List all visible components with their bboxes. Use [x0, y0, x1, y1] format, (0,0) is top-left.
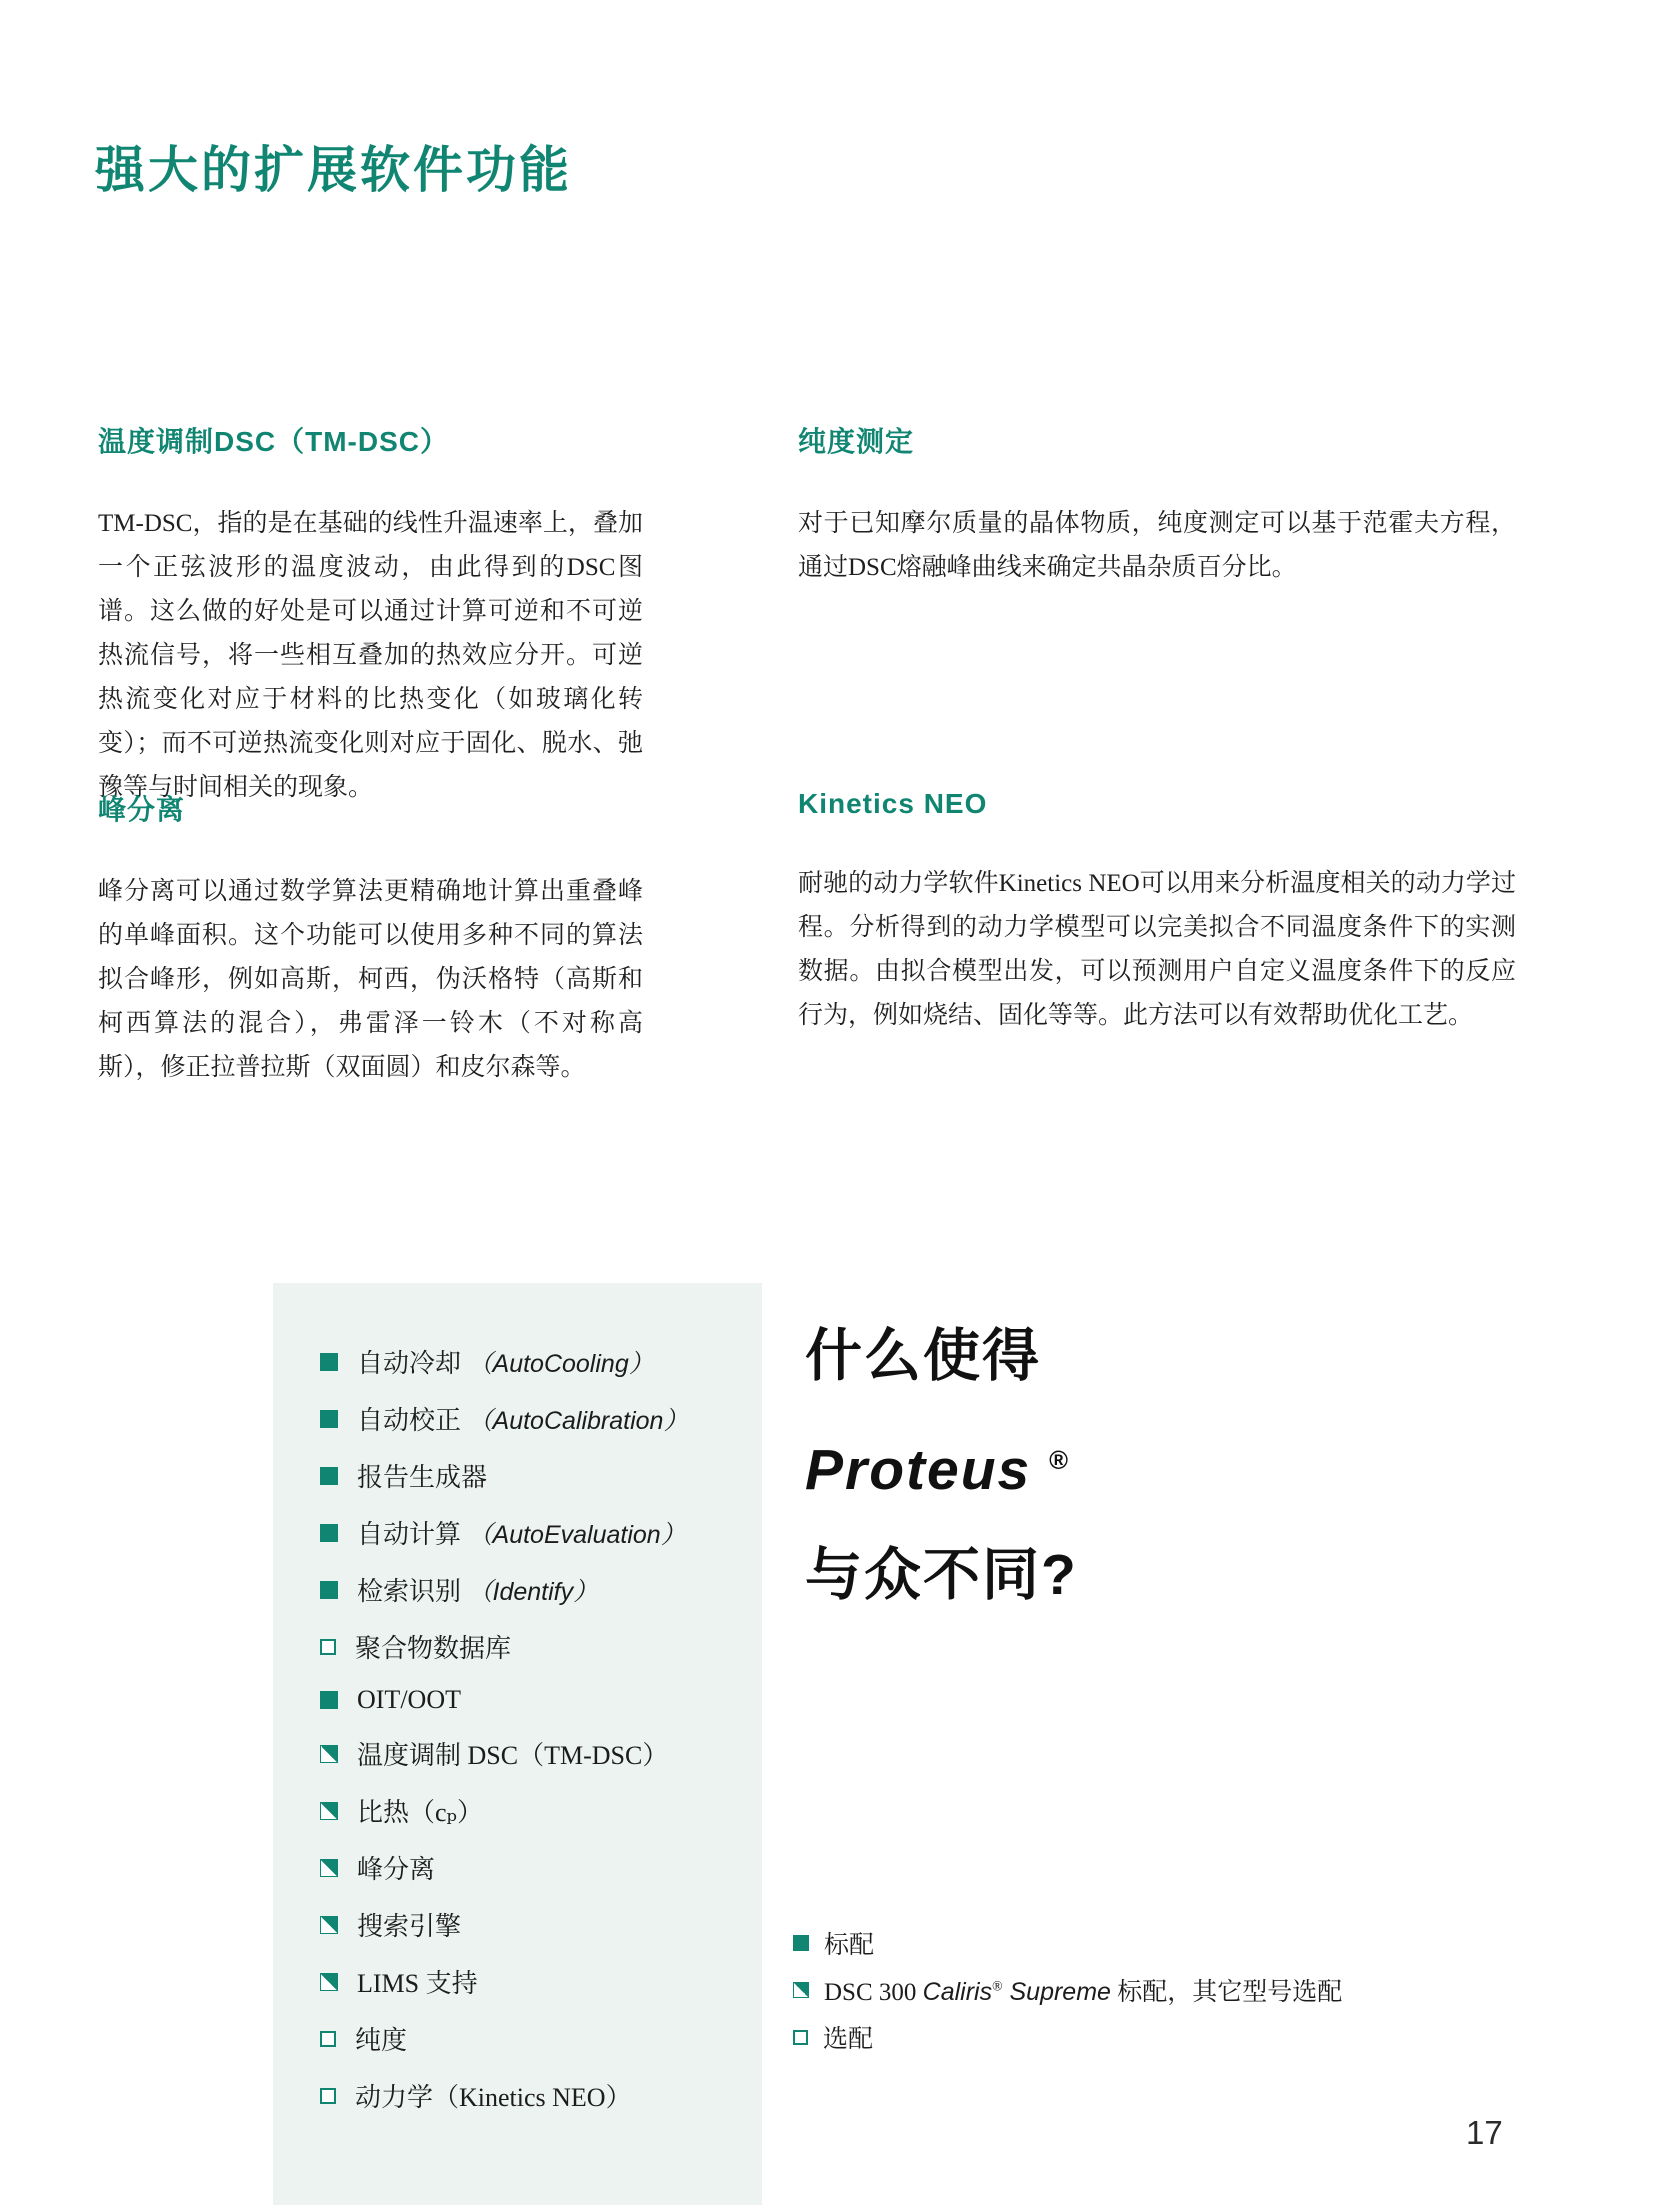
- section-heading-purity: 纯度测定: [798, 420, 1516, 460]
- feature-label: 比热（cₚ）: [357, 1792, 483, 1829]
- text-segment: DSC 300: [824, 1979, 923, 2006]
- feature-item: 报告生成器: [320, 1457, 762, 1494]
- empty-square-icon: [320, 1639, 336, 1655]
- feature-label: 温度调制 DSC（TM-DSC）: [357, 1735, 668, 1772]
- filled-square-icon: [320, 1691, 338, 1709]
- half-filled-square-icon: [320, 1973, 338, 1991]
- feature-item: 比热（cₚ）: [320, 1792, 762, 1829]
- feature-item: 自动校正 （AutoCalibration）: [320, 1400, 762, 1437]
- section-body-peak-separation: 峰分离可以通过数学算法更精确地计算出重叠峰的单峰面积。这个功能可以使用多种不同的…: [98, 870, 643, 1090]
- half-filled-square-icon: [320, 1859, 338, 1877]
- section-heading-kinetics-neo: Kinetics NEO: [798, 788, 1516, 820]
- feature-label: 自动校正 （AutoCalibration）: [357, 1400, 688, 1437]
- filled-square-icon: [320, 1410, 338, 1428]
- legend-item: DSC 300 Caliris® Supreme 标配，其它型号选配: [793, 1972, 1342, 2008]
- text-segment: 标配，其它型号选配: [1111, 1979, 1342, 2006]
- filled-square-icon: [320, 1581, 338, 1599]
- feature-list: 自动冷却 （AutoCooling）自动校正 （AutoCalibration）…: [273, 1283, 762, 2114]
- hero-line: 什么使得: [805, 1325, 1078, 1387]
- empty-square-icon: [320, 2031, 336, 2047]
- feature-label: 检索识别 （Identify）: [357, 1571, 598, 1608]
- feature-label: OIT/OOT: [357, 1685, 461, 1715]
- page-title: 强大的扩展软件功能: [95, 130, 572, 202]
- feature-item: 聚合物数据库: [320, 1628, 762, 1665]
- document-page: 强大的扩展软件功能 温度调制DSC（TM-DSC） TM-DSC，指的是在基础的…: [0, 0, 1654, 2205]
- text-segment: Proteus: [805, 1438, 1049, 1502]
- half-filled-square-icon: [320, 1916, 338, 1934]
- text-segment: Caliris: [923, 1978, 992, 2006]
- feature-label: 自动计算 （AutoEvaluation）: [357, 1514, 686, 1551]
- page-number: 17: [1466, 2114, 1503, 2152]
- feature-item: LIMS 支持: [320, 1963, 762, 2000]
- half-filled-square-icon: [793, 1982, 809, 1998]
- section-body-kinetics-neo: 耐驰的动力学软件Kinetics NEO可以用来分析温度相关的动力学过程。分析得…: [798, 862, 1516, 1038]
- feature-label: 自动冷却 （AutoCooling）: [357, 1343, 654, 1380]
- feature-label: 峰分离: [357, 1849, 435, 1886]
- text-segment: ®: [1049, 1447, 1070, 1475]
- feature-label-latin: （AutoEvaluation）: [468, 1521, 686, 1549]
- feature-item: 自动计算 （AutoEvaluation）: [320, 1514, 762, 1551]
- legend-label: 标配: [824, 1925, 874, 1961]
- hero-line: Proteus ®: [805, 1430, 1078, 1501]
- feature-label: 动力学（Kinetics NEO）: [355, 2077, 632, 2114]
- section-kinetics-neo: Kinetics NEO 耐驰的动力学软件Kinetics NEO可以用来分析温…: [798, 788, 1516, 1038]
- hero-heading: 什么使得Proteus ®与众不同?: [805, 1325, 1078, 1649]
- feature-item: OIT/OOT: [320, 1685, 762, 1715]
- filled-square-icon: [320, 1467, 338, 1485]
- feature-label-latin: （AutoCooling）: [468, 1350, 654, 1378]
- feature-item: 动力学（Kinetics NEO）: [320, 2077, 762, 2114]
- empty-square-icon: [793, 2030, 808, 2045]
- text-segment: ®: [992, 1979, 1002, 1994]
- feature-item: 纯度: [320, 2020, 762, 2057]
- legend: 标配DSC 300 Caliris® Supreme 标配，其它型号选配选配: [793, 1925, 1342, 2066]
- section-body-tm-dsc: TM-DSC，指的是在基础的线性升温速率上，叠加一个正弦波形的温度波动，由此得到…: [98, 502, 643, 810]
- empty-square-icon: [320, 2088, 336, 2104]
- feature-item: 温度调制 DSC（TM-DSC）: [320, 1735, 762, 1772]
- section-peak-separation: 峰分离 峰分离可以通过数学算法更精确地计算出重叠峰的单峰面积。这个功能可以使用多…: [98, 788, 643, 1090]
- feature-item: 峰分离: [320, 1849, 762, 1886]
- filled-square-icon: [320, 1524, 338, 1542]
- filled-square-icon: [320, 1353, 338, 1371]
- filled-square-icon: [793, 1935, 809, 1951]
- section-body-purity: 对于已知摩尔质量的晶体物质，纯度测定可以基于范霍夫方程，通过DSC熔融峰曲线来确…: [798, 502, 1516, 590]
- feature-item: 检索识别 （Identify）: [320, 1571, 762, 1608]
- section-purity: 纯度测定 对于已知摩尔质量的晶体物质，纯度测定可以基于范霍夫方程，通过DSC熔融…: [798, 420, 1516, 590]
- half-filled-square-icon: [320, 1745, 338, 1763]
- feature-label: 纯度: [355, 2020, 407, 2057]
- legend-item: 标配: [793, 1925, 1342, 1961]
- feature-label-latin: （Identify）: [468, 1578, 599, 1606]
- feature-box: 自动冷却 （AutoCooling）自动校正 （AutoCalibration）…: [273, 1283, 762, 2205]
- legend-label: 选配: [823, 2019, 873, 2055]
- feature-label: LIMS 支持: [357, 1963, 478, 2000]
- legend-label: DSC 300 Caliris® Supreme 标配，其它型号选配: [824, 1972, 1342, 2008]
- hero-line: 与众不同?: [805, 1544, 1078, 1606]
- section-heading-peak-separation: 峰分离: [98, 788, 643, 828]
- section-heading-tm-dsc: 温度调制DSC（TM-DSC）: [98, 420, 643, 460]
- feature-label: 搜索引擎: [357, 1906, 461, 1943]
- text-segment: 选配: [823, 2026, 873, 2053]
- legend-item: 选配: [793, 2019, 1342, 2055]
- text-segment: 标配: [824, 1932, 874, 1959]
- section-tm-dsc: 温度调制DSC（TM-DSC） TM-DSC，指的是在基础的线性升温速率上，叠加…: [98, 420, 643, 810]
- text-segment: Supreme: [1003, 1978, 1111, 2006]
- feature-label: 报告生成器: [357, 1457, 487, 1494]
- feature-label-latin: （AutoCalibration）: [468, 1407, 689, 1435]
- text-segment: 什么使得: [805, 1324, 1041, 1388]
- half-filled-square-icon: [320, 1802, 338, 1820]
- feature-item: 搜索引擎: [320, 1906, 762, 1943]
- text-segment: 与众不同?: [805, 1543, 1078, 1607]
- feature-item: 自动冷却 （AutoCooling）: [320, 1343, 762, 1380]
- feature-label: 聚合物数据库: [355, 1628, 511, 1665]
